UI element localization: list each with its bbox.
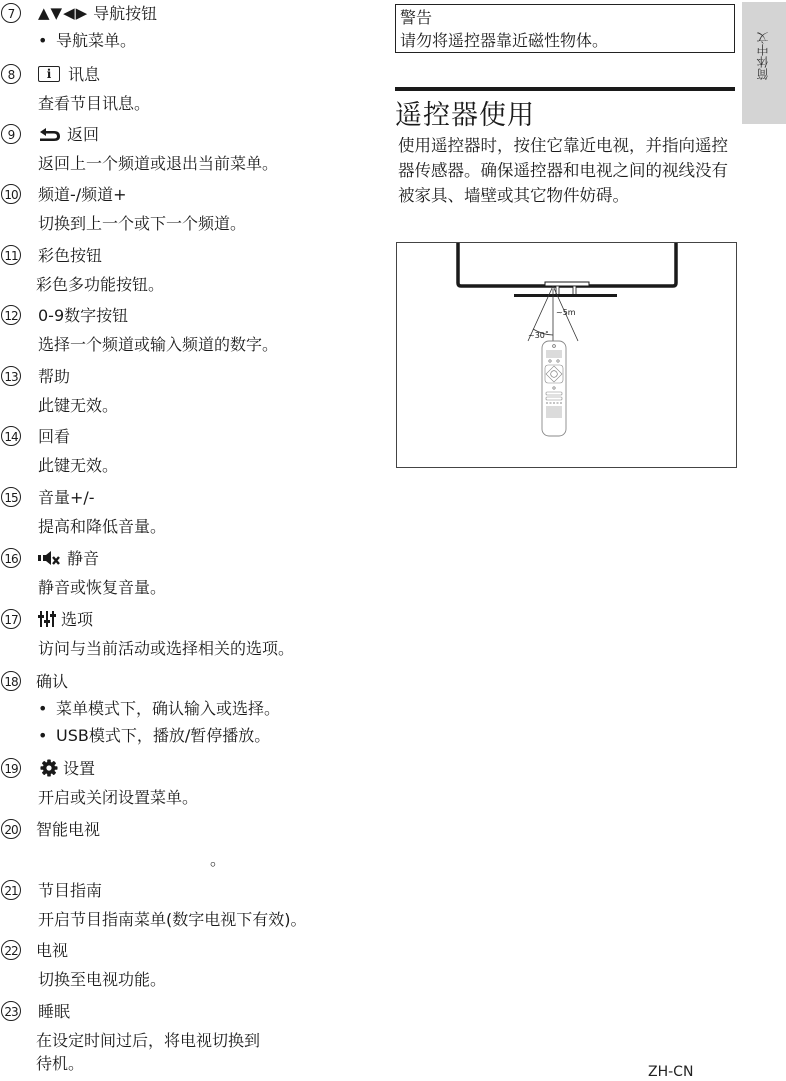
bullet: •菜单模式下，确认输入或选择。 [38,696,280,719]
item-title: 讯息 [68,62,100,85]
item-number: 11 [1,245,21,265]
item-number: 12 [1,305,21,325]
item-description: 切换到上一个或下一个频道。 [38,211,246,234]
item-number: 10 [1,184,21,204]
section-heading: 遥控器使用 [395,93,535,132]
item-description: 访问与当前活动或选择相关的选项。 [38,636,294,659]
item-number: 14 [1,426,21,446]
item-description: 查看节目讯息。 [38,91,150,114]
item-description: 彩色多功能按钮。 [36,272,164,295]
item-number: 21 [1,880,21,900]
item-description: 此键无效。 [38,453,118,476]
item-title: 睡眠 [38,999,70,1022]
item-description: 。 [210,847,226,870]
remote-usage-figure: ~5m ~30˚ [396,242,737,468]
nav-arrows-icon: ▲▼◀▶ [38,4,88,22]
item-title: 回看 [38,424,70,447]
item-title: 返回 [67,122,99,145]
item-number: 18 [1,671,21,691]
item-number: 7 [1,3,21,23]
warning-text: 请勿将遥控器靠近磁性物体。 [400,29,730,52]
item-number: 23 [1,1001,21,1021]
item-number: 15 [1,487,21,507]
bullet: •USB模式下，播放/暂停播放。 [38,723,270,746]
item-number: 22 [1,940,21,960]
item-number: 8 [1,64,21,84]
item-title: 确认 [36,669,68,692]
language-tab-label: 简体中文 [756,32,772,80]
item-number: 19 [1,758,21,778]
item-description: 返回上一个频道或退出当前菜单。 [38,151,278,174]
bullet: •导航菜单。 [38,28,136,51]
back-icon [38,126,62,142]
item-description: 此键无效。 [38,393,118,416]
item-title: 0-9数字按钮 [38,303,128,326]
item-description: 选择一个频道或输入频道的数字。 [38,332,278,355]
page-language-code: ZH-CN [648,1064,693,1080]
item-title: 音量+/- [38,485,95,508]
item-number: 16 [1,548,21,568]
item-description: 在设定时间过后，将电视切换到 [36,1028,260,1051]
item-description: 开启节目指南菜单(数字电视下有效)。 [38,907,307,930]
item-title: 静音 [67,546,99,569]
item-title: 彩色按钮 [38,243,102,266]
svg-text:~5m: ~5m [556,308,576,317]
item-number: 13 [1,366,21,386]
options-icon [38,611,56,627]
item-title: 节目指南 [38,878,102,901]
item-title: 设置 [63,756,95,779]
info-icon: i [38,66,60,82]
svg-text:~30˚: ~30˚ [528,330,549,340]
section-divider [395,87,735,91]
tv-remote-diagram: ~5m ~30˚ [397,243,736,467]
item-number: 20 [1,819,21,839]
settings-gear-icon [40,759,58,777]
item-description: 切换至电视功能。 [38,967,166,990]
item-description: 静音或恢复音量。 [38,575,166,598]
warning-title: 警告 [400,6,730,29]
item-title: 频道-/频道+ [38,182,127,205]
item-description: 提高和降低音量。 [38,514,166,537]
item-title: 智能电视 [36,817,100,840]
item-number: 17 [1,609,21,629]
item-title: 电视 [36,938,68,961]
item-number: 9 [1,124,21,144]
item-title: 选项 [61,607,93,630]
item-description-cont: 待机。 [36,1051,84,1074]
warning-box: 警告 请勿将遥控器靠近磁性物体。 [395,4,735,53]
item-description: 开启或关闭设置菜单。 [38,785,198,808]
section-paragraph: 使用遥控器时，按住它靠近电视，并指向遥控器传感器。确保遥控器和电视之间的视线没有… [398,133,734,208]
mute-icon [38,551,62,565]
item-title: 帮助 [38,364,70,387]
item-title: 导航按钮 [93,1,157,24]
language-tab: 简体中文 [742,2,786,124]
